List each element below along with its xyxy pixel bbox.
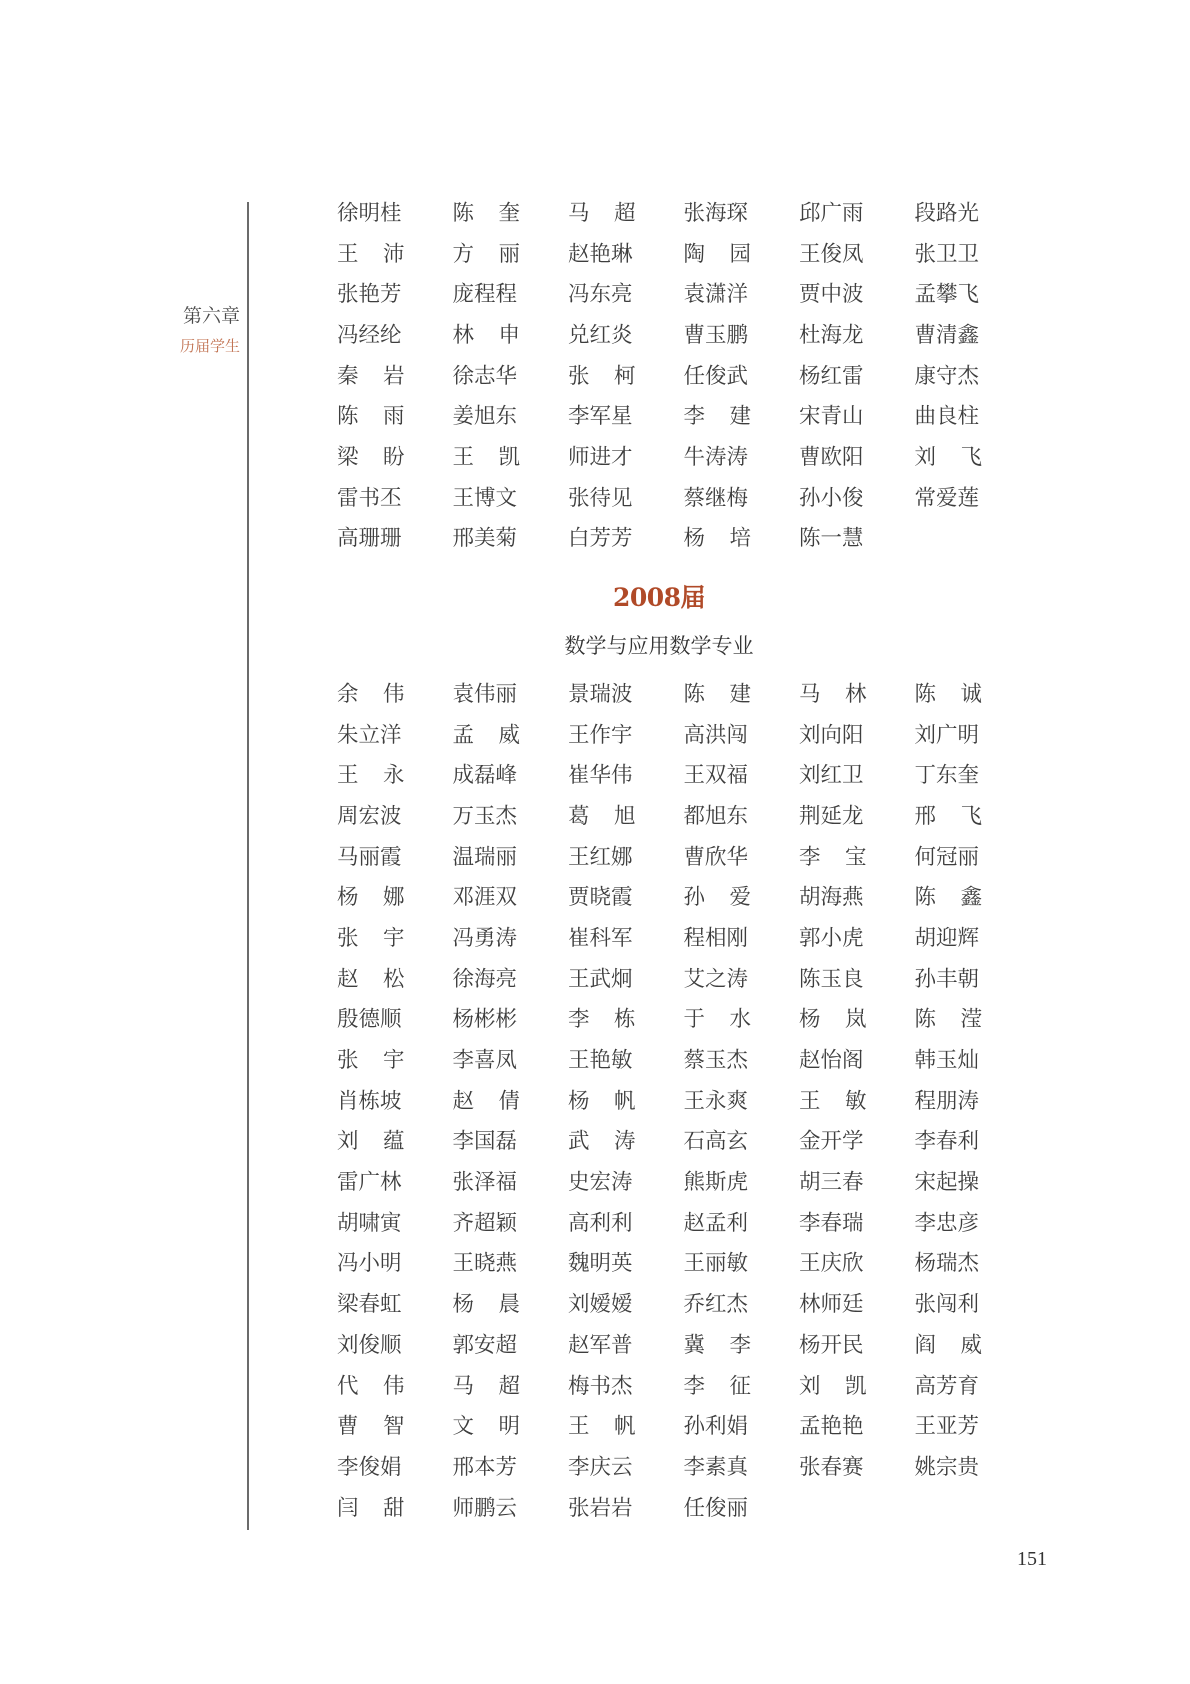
student-name: 杨开民: [799, 1328, 915, 1359]
student-name: 王庆欣: [799, 1246, 915, 1277]
student-name: 马丽霞: [337, 840, 453, 871]
name-row: 周宏波万玉杰葛旭都旭东荆延龙邢飞: [337, 794, 997, 835]
student-name: 冯勇涛: [453, 921, 569, 952]
student-name: 孟威: [453, 718, 569, 749]
student-name: 李春利: [915, 1124, 1031, 1155]
student-name: 赵艳琳: [568, 237, 684, 268]
student-name: 孟攀飞: [915, 277, 1031, 308]
student-name: 师进才: [568, 440, 684, 471]
student-name: 曹玉鹏: [684, 318, 800, 349]
name-row: 李俊娟邢本芳李庆云李素真张春赛姚宗贵: [337, 1445, 997, 1486]
student-name: 方丽: [453, 237, 569, 268]
student-name: 刘向阳: [799, 718, 915, 749]
student-name: 高洪闯: [684, 718, 800, 749]
student-name: 万玉杰: [453, 799, 569, 830]
student-name: 刘飞: [915, 440, 1031, 471]
student-name: 贾中波: [799, 277, 915, 308]
student-name: 徐海亮: [453, 962, 569, 993]
student-name: 冀李: [684, 1328, 800, 1359]
student-name: 高芳育: [915, 1369, 1031, 1400]
student-name: 蔡玉杰: [684, 1043, 800, 1074]
class-year-heading: 2008届: [0, 578, 1190, 614]
student-name: 段路光: [915, 196, 1031, 227]
student-name: 张柯: [568, 359, 684, 390]
student-name: 张海琛: [684, 196, 800, 227]
student-name: 都旭东: [684, 799, 800, 830]
page-number: 151: [1017, 1548, 1047, 1571]
student-name: 王艳敏: [568, 1043, 684, 1074]
student-name: 梁盼: [337, 440, 453, 471]
student-name: 秦岩: [337, 359, 453, 390]
student-name: 王永: [337, 758, 453, 789]
student-name: 陈一慧: [799, 521, 915, 552]
student-name: 胡三春: [799, 1165, 915, 1196]
name-row: 张宇冯勇涛崔科军程相刚郭小虎胡迎辉: [337, 916, 997, 957]
student-name: 王红娜: [568, 840, 684, 871]
student-name: 李素真: [684, 1450, 800, 1481]
student-name: 马林: [799, 677, 915, 708]
student-name: 赵孟利: [684, 1206, 800, 1237]
student-name: 刘凯: [799, 1369, 915, 1400]
student-name: 刘广明: [915, 718, 1031, 749]
student-name: 曲良柱: [915, 399, 1031, 430]
student-name: 杨红雷: [799, 359, 915, 390]
student-name: 杜海龙: [799, 318, 915, 349]
name-row: 王沛方丽赵艳琳陶园王俊凤张卫卫: [337, 232, 997, 273]
student-name: 杨岚: [799, 1002, 915, 1033]
student-name: 丁东奎: [915, 758, 1031, 789]
student-name: 白芳芳: [568, 521, 684, 552]
student-name: 王双福: [684, 758, 800, 789]
student-name: 王永爽: [684, 1084, 800, 1115]
student-name: 蔡继梅: [684, 481, 800, 512]
student-name: 赵怡阁: [799, 1043, 915, 1074]
student-name: 兑红炎: [568, 318, 684, 349]
student-name: 高珊珊: [337, 521, 453, 552]
student-name: 杨晨: [453, 1287, 569, 1318]
student-name: 程相刚: [684, 921, 800, 952]
student-name: 成磊峰: [453, 758, 569, 789]
margin-rule: [247, 202, 249, 1530]
student-name: 张泽福: [453, 1165, 569, 1196]
student-name: 杨瑞杰: [915, 1246, 1031, 1277]
student-name: 温瑞丽: [453, 840, 569, 871]
student-name: 王亚芳: [915, 1409, 1031, 1440]
student-name: 艾之涛: [684, 962, 800, 993]
student-name: 史宏涛: [568, 1165, 684, 1196]
student-name: 肖栋坡: [337, 1084, 453, 1115]
student-name: 冯东亮: [568, 277, 684, 308]
name-row: 杨娜邓涯双贾晓霞孙爱胡海燕陈鑫: [337, 875, 997, 916]
name-row: 朱立洋孟威王作宇高洪闯刘向阳刘广明: [337, 713, 997, 754]
student-name: 阎威: [915, 1328, 1031, 1359]
student-name: 高利利: [568, 1206, 684, 1237]
student-name: 王晓燕: [453, 1246, 569, 1277]
student-name: 崔科军: [568, 921, 684, 952]
student-name: 马超: [453, 1369, 569, 1400]
student-name: 张艳芳: [337, 277, 453, 308]
name-row: 刘俊顺郭安超赵军普冀李杨开民阎威: [337, 1323, 997, 1364]
student-name: 陈雨: [337, 399, 453, 430]
name-row: 代伟马超梅书杰李征刘凯高芳育: [337, 1364, 997, 1405]
student-name: 梁春虹: [337, 1287, 453, 1318]
student-name: 刘蕴: [337, 1124, 453, 1155]
major-heading: 数学与应用数学专业: [0, 630, 1190, 660]
student-name: 齐超颖: [453, 1206, 569, 1237]
student-name: 庞程程: [453, 277, 569, 308]
student-name: 师鹏云: [453, 1491, 569, 1522]
name-row: 雷书丕王博文张待见蔡继梅孙小俊常爱莲: [337, 476, 997, 517]
student-name: 王凯: [453, 440, 569, 471]
student-name: 葛旭: [568, 799, 684, 830]
student-name: 李春瑞: [799, 1206, 915, 1237]
name-row: 高珊珊邢美菊白芳芳杨培陈一慧: [337, 517, 997, 558]
student-name: 李征: [684, 1369, 800, 1400]
name-row: 张艳芳庞程程冯东亮袁潇洋贾中波孟攀飞: [337, 272, 997, 313]
name-row: 刘蕴李国磊武涛石高玄金开学李春利: [337, 1120, 997, 1161]
student-name: 贾晓霞: [568, 880, 684, 911]
student-name: 王俊凤: [799, 237, 915, 268]
student-name: 邢飞: [915, 799, 1031, 830]
student-name: 王丽敏: [684, 1246, 800, 1277]
student-name: 曹智: [337, 1409, 453, 1440]
student-name: 陈滢: [915, 1002, 1031, 1033]
student-name: 胡海燕: [799, 880, 915, 911]
student-name: 朱立洋: [337, 718, 453, 749]
student-name: 张宇: [337, 921, 453, 952]
student-name: 胡啸寅: [337, 1206, 453, 1237]
student-name: 康守杰: [915, 359, 1031, 390]
student-name: 王敏: [799, 1084, 915, 1115]
student-name: 景瑞波: [568, 677, 684, 708]
student-name: 韩玉灿: [915, 1043, 1031, 1074]
student-name: 王帆: [568, 1409, 684, 1440]
name-row: 秦岩徐志华张柯任俊武杨红雷康守杰: [337, 354, 997, 395]
student-name: 冯小明: [337, 1246, 453, 1277]
student-name: 郭小虎: [799, 921, 915, 952]
student-name: 崔华伟: [568, 758, 684, 789]
student-name: 马超: [568, 196, 684, 227]
student-name: 殷德顺: [337, 1002, 453, 1033]
student-name: 孙利娟: [684, 1409, 800, 1440]
student-name: 文明: [453, 1409, 569, 1440]
name-row: 闫甜师鹏云张岩岩任俊丽: [337, 1486, 997, 1527]
name-row: 陈雨姜旭东李军星李建宋青山曲良柱: [337, 394, 997, 435]
student-name: 常爱莲: [915, 481, 1031, 512]
student-name: 姚宗贵: [915, 1450, 1031, 1481]
student-name: 陶园: [684, 237, 800, 268]
name-row: 冯小明王晓燕魏明英王丽敏王庆欣杨瑞杰: [337, 1242, 997, 1283]
student-name: 乔红杰: [684, 1287, 800, 1318]
student-name: 陈诚: [915, 677, 1031, 708]
name-row: 冯经纶林申兑红炎曹玉鹏杜海龙曹清鑫: [337, 313, 997, 354]
name-row: 梁盼王凯师进才牛涛涛曹欧阳刘飞: [337, 435, 997, 476]
student-name: 李俊娟: [337, 1450, 453, 1481]
name-row: 徐明桂陈奎马超张海琛邱广雨段路光: [337, 191, 997, 232]
student-name: 张宇: [337, 1043, 453, 1074]
student-name: 余伟: [337, 677, 453, 708]
student-name: 徐明桂: [337, 196, 453, 227]
student-name: 陈鑫: [915, 880, 1031, 911]
name-row: 马丽霞温瑞丽王红娜曹欣华李宝何冠丽: [337, 835, 997, 876]
student-name: 任俊丽: [684, 1491, 800, 1522]
student-name: 代伟: [337, 1369, 453, 1400]
student-name: 王博文: [453, 481, 569, 512]
student-name: 林师廷: [799, 1287, 915, 1318]
student-name: 张岩岩: [568, 1491, 684, 1522]
name-row: 胡啸寅齐超颖高利利赵孟利李春瑞李忠彦: [337, 1201, 997, 1242]
name-row: 张宇李喜凤王艳敏蔡玉杰赵怡阁韩玉灿: [337, 1038, 997, 1079]
student-name: 杨娜: [337, 880, 453, 911]
student-name: 李建: [684, 399, 800, 430]
student-list-2008: 余伟袁伟丽景瑞波陈建马林陈诚朱立洋孟威王作宇高洪闯刘向阳刘广明王永成磊峰崔华伟王…: [337, 672, 997, 1526]
student-name: 任俊武: [684, 359, 800, 390]
student-name: 胡迎辉: [915, 921, 1031, 952]
student-name: 王作宇: [568, 718, 684, 749]
student-name: 李喜凤: [453, 1043, 569, 1074]
student-name: 牛涛涛: [684, 440, 800, 471]
student-name: 刘红卫: [799, 758, 915, 789]
student-name: 孟艳艳: [799, 1409, 915, 1440]
student-name: 雷书丕: [337, 481, 453, 512]
student-name: 陈玉良: [799, 962, 915, 993]
student-name: 王沛: [337, 237, 453, 268]
student-name: 荆延龙: [799, 799, 915, 830]
chapter-subtitle: 历届学生: [160, 334, 240, 358]
student-name: 何冠丽: [915, 840, 1031, 871]
student-name: 李忠彦: [915, 1206, 1031, 1237]
student-name: 陈建: [684, 677, 800, 708]
student-name: 袁伟丽: [453, 677, 569, 708]
student-name: 赵松: [337, 962, 453, 993]
name-row: 雷广林张泽福史宏涛熊斯虎胡三春宋起操: [337, 1160, 997, 1201]
chapter-header: 第六章 历届学生: [160, 302, 240, 358]
name-row: 王永成磊峰崔华伟王双福刘红卫丁东奎: [337, 753, 997, 794]
student-name: 张待见: [568, 481, 684, 512]
student-name: 孙爱: [684, 880, 800, 911]
student-name: 邢本芳: [453, 1450, 569, 1481]
student-name: 曹清鑫: [915, 318, 1031, 349]
student-name: 林申: [453, 318, 569, 349]
name-row: 殷德顺杨彬彬李栋于水杨岚陈滢: [337, 998, 997, 1039]
student-name: 赵军普: [568, 1328, 684, 1359]
student-name: 孙小俊: [799, 481, 915, 512]
student-name: 邱广雨: [799, 196, 915, 227]
student-name: 闫甜: [337, 1491, 453, 1522]
student-name: 李栋: [568, 1002, 684, 1033]
name-row: 余伟袁伟丽景瑞波陈建马林陈诚: [337, 672, 997, 713]
student-name: 冯经纶: [337, 318, 453, 349]
student-name: 李国磊: [453, 1124, 569, 1155]
student-name: 程朋涛: [915, 1084, 1031, 1115]
student-name: 刘俊顺: [337, 1328, 453, 1359]
student-name: 邢美菊: [453, 521, 569, 552]
student-name: 张闯利: [915, 1287, 1031, 1318]
student-name: 武涛: [568, 1124, 684, 1155]
student-name: 赵倩: [453, 1084, 569, 1115]
student-name: 曹欣华: [684, 840, 800, 871]
student-name: 石高玄: [684, 1124, 800, 1155]
student-name: 熊斯虎: [684, 1165, 800, 1196]
student-name: 杨培: [684, 521, 800, 552]
student-name: 宋起操: [915, 1165, 1031, 1196]
name-row: 赵松徐海亮王武炯艾之涛陈玉良孙丰朝: [337, 957, 997, 998]
student-name: 于水: [684, 1002, 800, 1033]
student-name: 杨彬彬: [453, 1002, 569, 1033]
student-name: 孙丰朝: [915, 962, 1031, 993]
student-name: 袁潇洋: [684, 277, 800, 308]
student-list-previous: 徐明桂陈奎马超张海琛邱广雨段路光王沛方丽赵艳琳陶园王俊凤张卫卫张艳芳庞程程冯东亮…: [337, 191, 997, 557]
student-name: 雷广林: [337, 1165, 453, 1196]
student-name: 陈奎: [453, 196, 569, 227]
student-name: 梅书杰: [568, 1369, 684, 1400]
student-name: 郭安超: [453, 1328, 569, 1359]
student-name: 徐志华: [453, 359, 569, 390]
chapter-title: 第六章: [160, 302, 240, 330]
student-name: 曹欧阳: [799, 440, 915, 471]
student-name: 邓涯双: [453, 880, 569, 911]
student-name: 宋青山: [799, 399, 915, 430]
student-name: 周宏波: [337, 799, 453, 830]
student-name: 金开学: [799, 1124, 915, 1155]
name-row: 曹智文明王帆孙利娟孟艳艳王亚芳: [337, 1404, 997, 1445]
student-name: 张春赛: [799, 1450, 915, 1481]
name-row: 肖栋坡赵倩杨帆王永爽王敏程朋涛: [337, 1079, 997, 1120]
student-name: 王武炯: [568, 962, 684, 993]
student-name: 李宝: [799, 840, 915, 871]
student-name: 刘嫒嫒: [568, 1287, 684, 1318]
student-name: 姜旭东: [453, 399, 569, 430]
student-name: 杨帆: [568, 1084, 684, 1115]
name-row: 梁春虹杨晨刘嫒嫒乔红杰林师廷张闯利: [337, 1282, 997, 1323]
student-name: 张卫卫: [915, 237, 1031, 268]
student-name: 李庆云: [568, 1450, 684, 1481]
student-name: 魏明英: [568, 1246, 684, 1277]
student-name: 李军星: [568, 399, 684, 430]
